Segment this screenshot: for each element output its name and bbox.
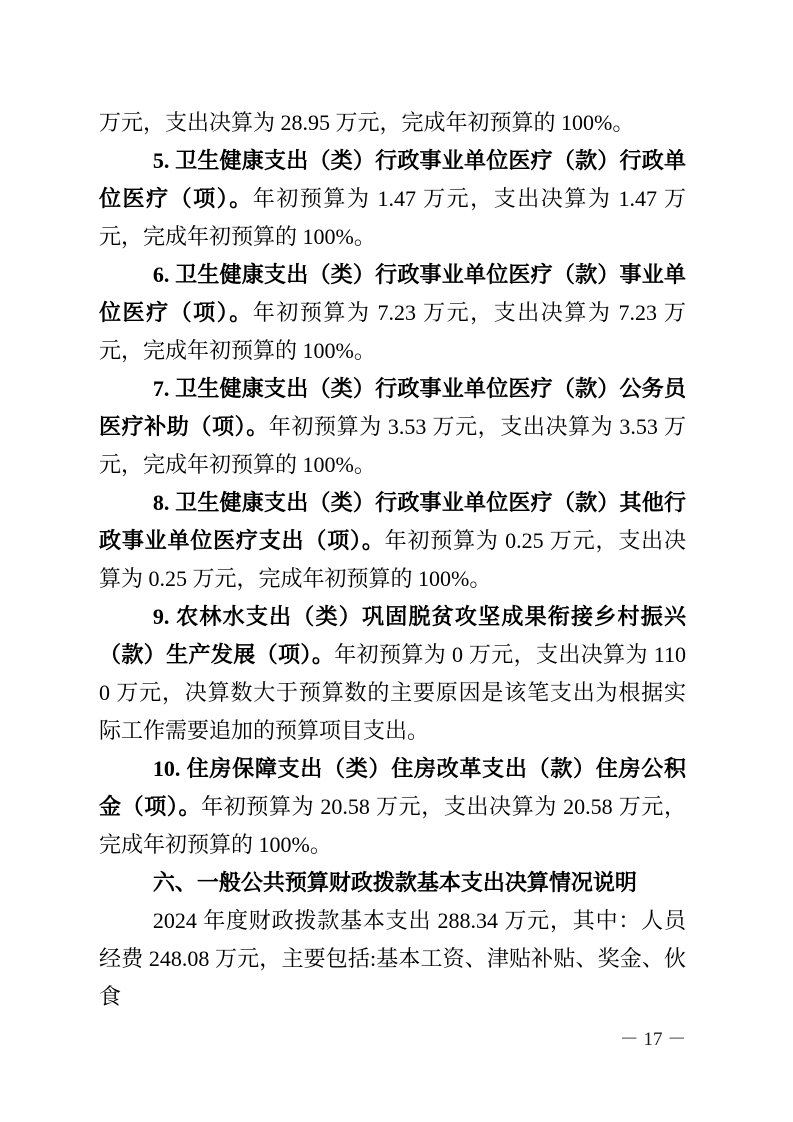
paragraph-item-5: 5. 卫生健康支出（类）行政事业单位医疗（款）行政单位医疗（项）。年初预算为 1…: [99, 142, 686, 256]
paragraph-text: 2024 年度财政拨款基本支出 288.34 万元，其中：人员经费 248.08…: [99, 908, 686, 1009]
section-heading-six: 六、一般公共预算财政拨款基本支出决算情况说明: [99, 864, 686, 902]
paragraph-item-10: 10. 住房保障支出（类）住房改革支出（款）住房公积金（项）。年初预算为 20.…: [99, 750, 686, 864]
paragraph-text: 万元，支出决算为 28.95 万元，完成年初预算的 100%。: [99, 110, 634, 135]
paragraph-continuation: 万元，支出决算为 28.95 万元，完成年初预算的 100%。: [99, 104, 686, 142]
page-number: － 17 －: [608, 1026, 698, 1054]
document-body: 万元，支出决算为 28.95 万元，完成年初预算的 100%。 5. 卫生健康支…: [99, 104, 686, 1016]
paragraph-item-6: 6. 卫生健康支出（类）行政事业单位医疗（款）事业单位医疗（项）。年初预算为 7…: [99, 256, 686, 370]
paragraph-item-7: 7. 卫生健康支出（类）行政事业单位医疗（款）公务员医疗补助（项）。年初预算为 …: [99, 370, 686, 484]
paragraph-item-8: 8. 卫生健康支出（类）行政事业单位医疗（款）其他行政事业单位医疗支出（项）。年…: [99, 484, 686, 598]
document-page: 万元，支出决算为 28.95 万元，完成年初预算的 100%。 5. 卫生健康支…: [0, 0, 793, 1122]
paragraph-item-9: 9. 农林水支出（类）巩固脱贫攻坚成果衔接乡村振兴（款）生产发展（项）。年初预算…: [99, 598, 686, 750]
closing-paragraph: 2024 年度财政拨款基本支出 288.34 万元，其中：人员经费 248.08…: [99, 902, 686, 1016]
